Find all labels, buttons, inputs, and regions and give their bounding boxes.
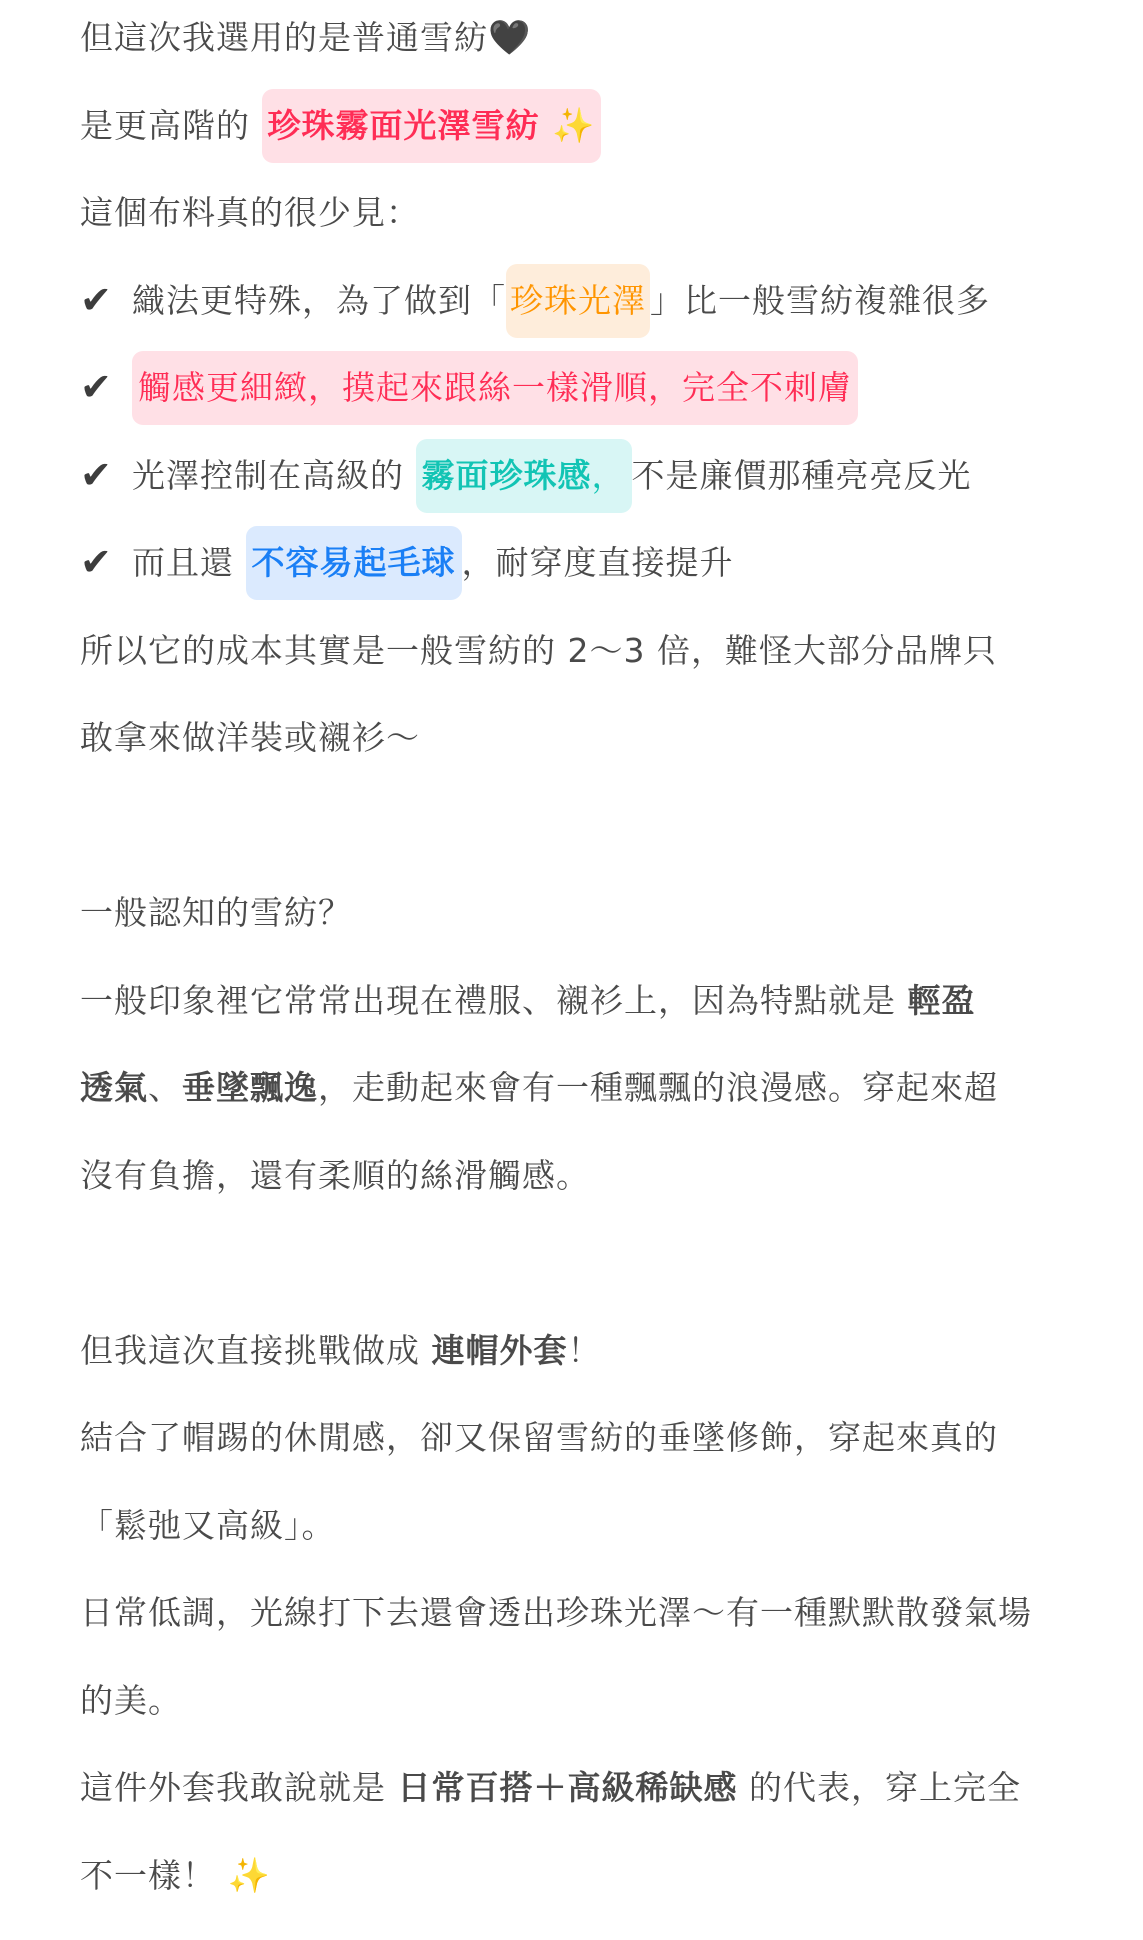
bold-text: 日常百搭＋高級稀缺感 — [398, 1768, 738, 1807]
section-heading: 一般認知的雪紡？ — [80, 869, 1143, 957]
bold-text: 連帽外套 — [432, 1331, 568, 1370]
body-text: 一般印象裡它常常出現在禮服、襯衫上，因為特點就是 — [80, 981, 908, 1020]
highlight-anti-pilling: 不容易起毛球 — [246, 526, 462, 600]
item-text: 而且還 — [132, 543, 246, 582]
highlight-text: 霧面珍珠感 — [422, 456, 592, 495]
spacer — [80, 782, 1143, 870]
checkmark-icon: ✔ — [80, 344, 132, 432]
paragraph-line: 敢拿來做洋裝或襯衫～ — [80, 694, 1143, 782]
bold-text: 垂墜飄逸 — [182, 1068, 318, 1107]
paragraph-line: 這個布料真的很少見： — [80, 169, 1143, 257]
checklist-item: ✔織法更特殊，為了做到「珍珠光澤」比一般雪紡複雜很多 — [80, 257, 1143, 345]
paragraph-line: 這件外套我敢說就是 日常百搭＋高級稀缺感 的代表，穿上完全 — [80, 1744, 1143, 1832]
paragraph-line: 所以它的成本其實是一般雪紡的 2～3 倍，難怪大部分品牌只 — [80, 607, 1143, 695]
paragraph-line: 「鬆弛又高級」。 — [80, 1482, 1143, 1570]
highlight-text: 珍珠霧面光澤雪紡 — [268, 106, 540, 145]
item-text: 光澤控制在高級的 — [132, 456, 416, 495]
body-text: 的代表，穿上完全 — [738, 1768, 1022, 1807]
sparkles-icon: ✨ — [552, 106, 595, 146]
checkmark-icon: ✔ — [80, 257, 132, 345]
sparkles-icon: ✨ — [228, 1856, 271, 1896]
highlight-fabric-name: 珍珠霧面光澤雪紡 ✨ — [262, 89, 602, 163]
checklist-item: ✔觸感更細緻，摸起來跟絲一樣滑順，完全不刺膚 — [80, 344, 1143, 432]
body-text: 但我這次直接挑戰做成 — [80, 1331, 432, 1370]
intro-text: 是更高階的 — [80, 106, 262, 145]
item-text: ，耐穿度直接提升 — [462, 543, 734, 582]
body-text: 這件外套我敢說就是 — [80, 1768, 398, 1807]
spacer — [80, 1219, 1143, 1307]
highlight-matte-pearl: 霧面珍珠感， — [416, 439, 632, 513]
bold-text: 輕盈 — [908, 981, 976, 1020]
body-text: ！ — [568, 1331, 602, 1370]
paragraph-line: 不一樣！ ✨ — [80, 1832, 1143, 1920]
paragraph-line: 結合了帽踢的休閒感，卻又保留雪紡的垂墜修飾，穿起來真的 — [80, 1394, 1143, 1482]
paragraph-line: 但這次我選用的是普通雪紡🖤 — [80, 0, 1143, 82]
checklist-item: ✔光澤控制在高級的 霧面珍珠感，不是廉價那種亮亮反光 — [80, 432, 1143, 520]
paragraph-line: 是更高階的 珍珠霧面光澤雪紡 ✨ — [80, 82, 1143, 170]
paragraph-line: 的美。 — [80, 1657, 1143, 1745]
item-text: 織法更特殊，為了做到「 — [132, 281, 506, 320]
black-heart-icon: 🖤 — [488, 18, 531, 58]
checklist-item: ✔而且還 不容易起毛球，耐穿度直接提升 — [80, 519, 1143, 607]
paragraph-line: 日常低調，光線打下去還會透出珍珠光澤～有一種默默散發氣場 — [80, 1569, 1143, 1657]
paragraph-line: 一般印象裡它常常出現在禮服、襯衫上，因為特點就是 輕盈 — [80, 957, 1143, 1045]
body-text: 、 — [148, 1068, 182, 1107]
paragraph-line: 沒有負擔，還有柔順的絲滑觸感。 — [80, 1132, 1143, 1220]
bold-text: 透氣 — [80, 1068, 148, 1107]
intro-text: 但這次我選用的是普通雪紡 — [80, 18, 488, 57]
checkmark-icon: ✔ — [80, 432, 132, 520]
item-text: 不是廉價那種亮亮反光 — [632, 456, 972, 495]
highlight-punct: ， — [592, 456, 626, 495]
body-text: ，走動起來會有一種飄飄的浪漫感。穿起來超 — [318, 1068, 998, 1107]
intro-text: 這個布料真的很少見： — [80, 193, 420, 232]
body-text: 不一樣！ — [80, 1856, 228, 1895]
checkmark-icon: ✔ — [80, 519, 132, 607]
item-text: 」比一般雪紡複雜很多 — [650, 281, 990, 320]
paragraph-line: 透氣、垂墜飄逸，走動起來會有一種飄飄的浪漫感。穿起來超 — [80, 1044, 1143, 1132]
highlight-pearl-luster: 珍珠光澤 — [506, 264, 650, 338]
paragraph-line: 但我這次直接挑戰做成 連帽外套！ — [80, 1307, 1143, 1395]
highlight-texture: 觸感更細緻，摸起來跟絲一樣滑順，完全不刺膚 — [132, 351, 858, 425]
article-body: 但這次我選用的是普通雪紡🖤 是更高階的 珍珠霧面光澤雪紡 ✨ 這個布料真的很少見… — [0, 0, 1143, 1919]
